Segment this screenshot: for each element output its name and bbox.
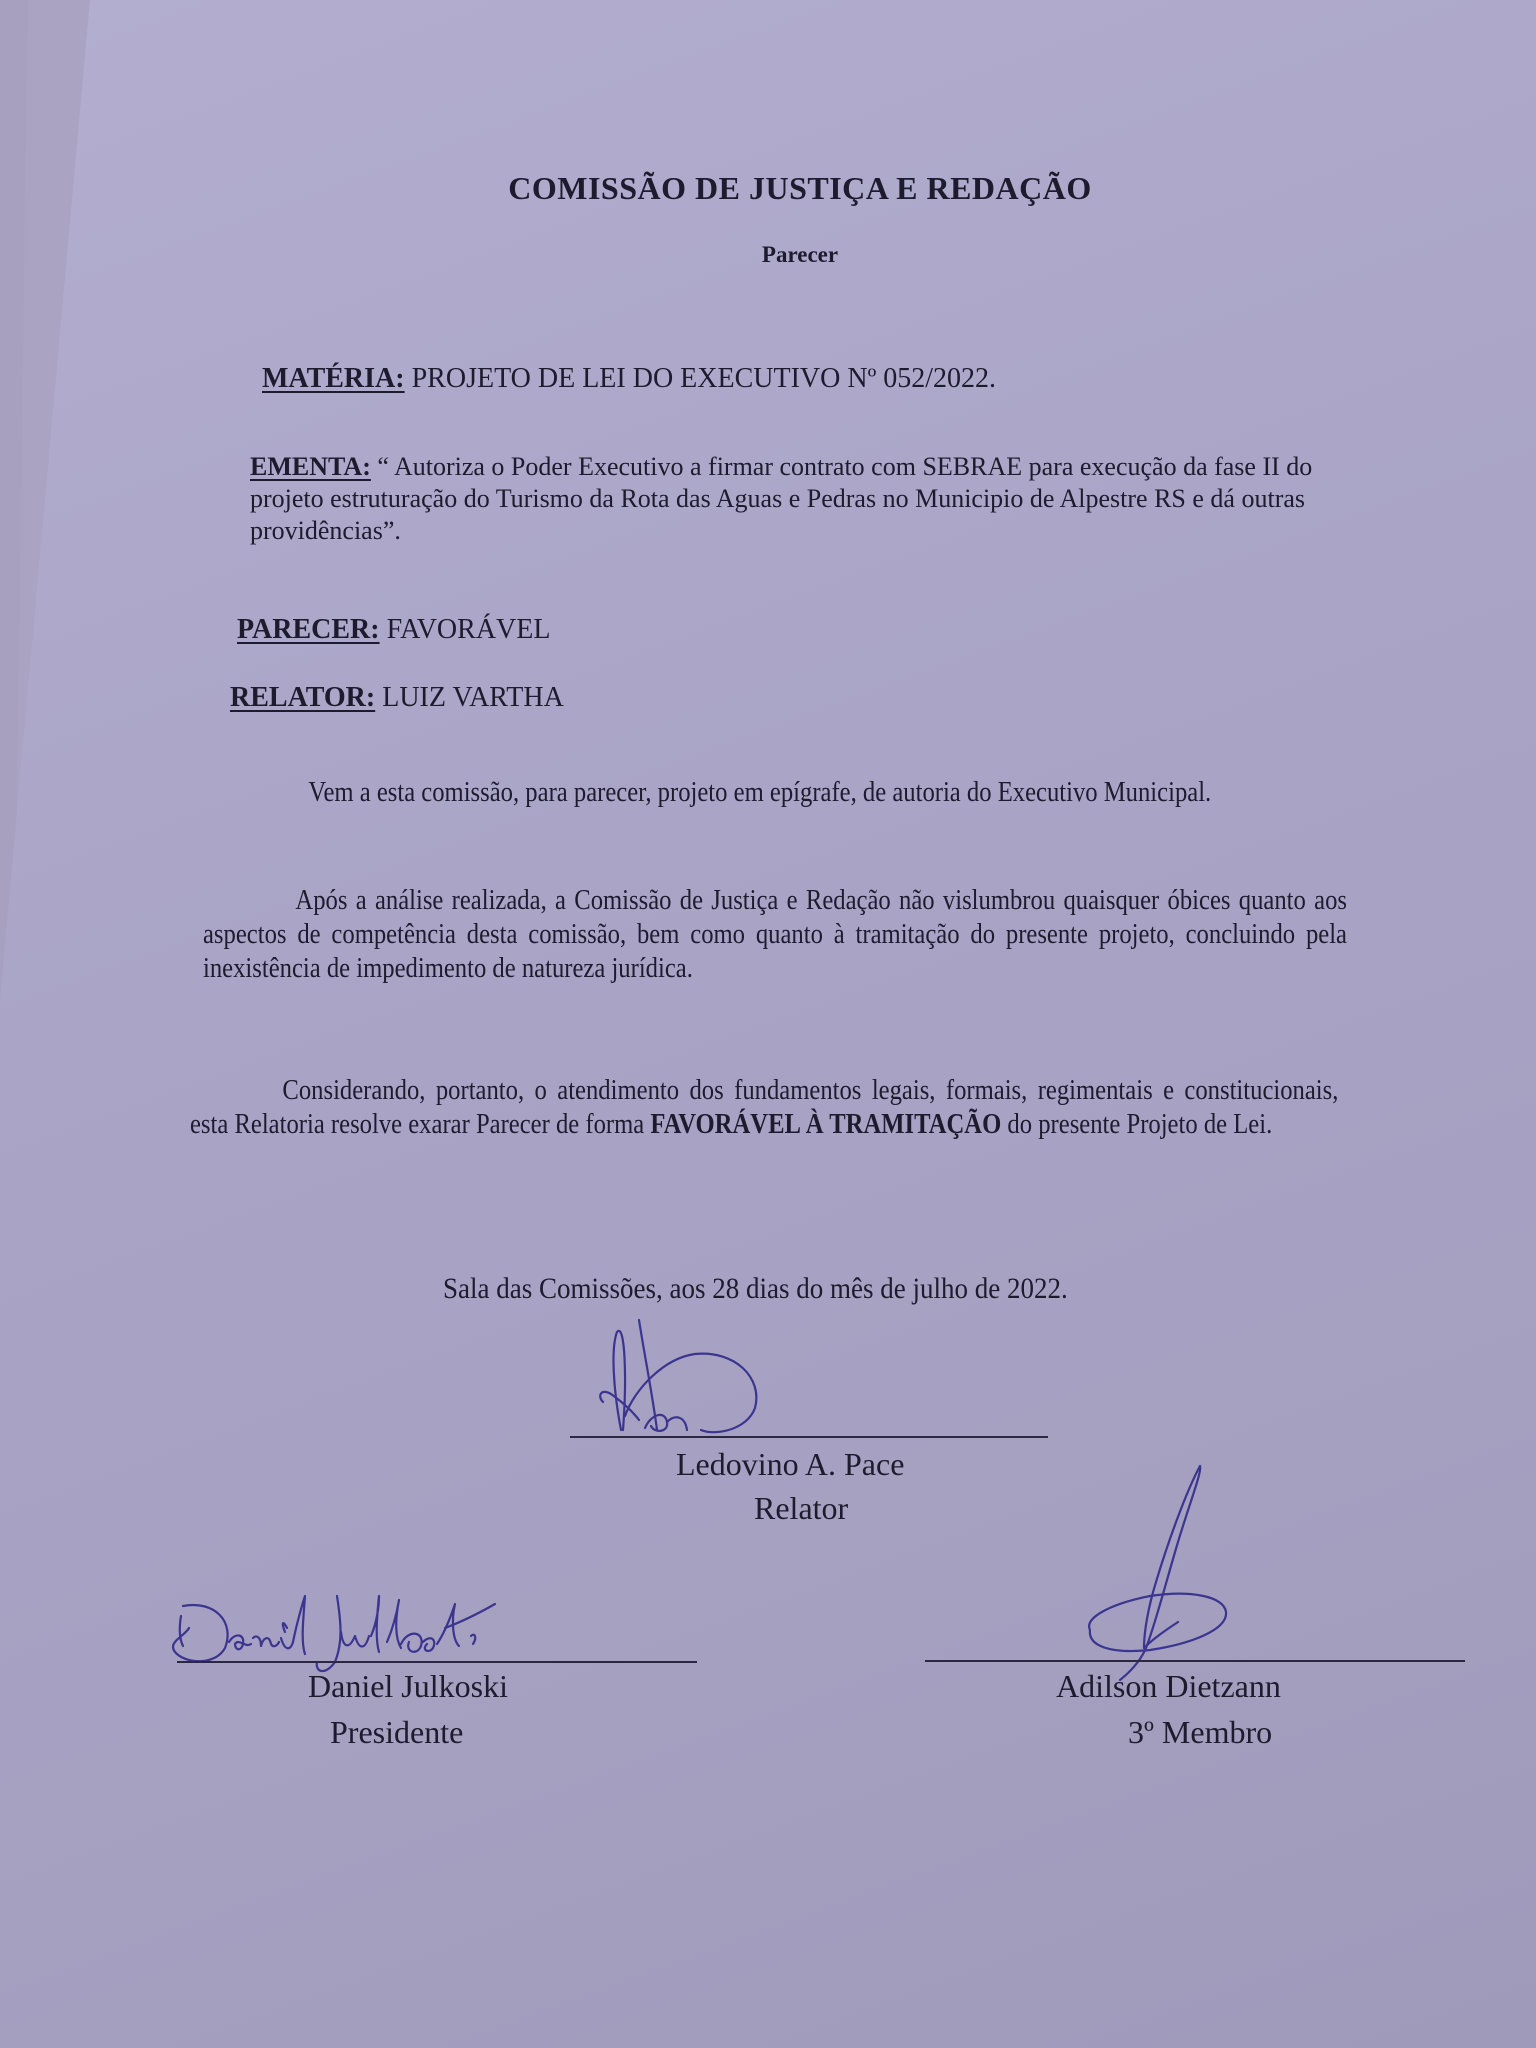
conclusion-text-end: do presente Projeto de Lei. <box>1001 1109 1272 1140</box>
relator-signature-icon <box>595 1318 775 1438</box>
ementa-label: EMENTA: <box>250 452 371 481</box>
relator-signature-line <box>570 1436 1048 1438</box>
document-title: COMISSÃO DE JUSTIÇA E REDAÇÃO <box>0 170 1536 207</box>
presidente-signature-line <box>177 1661 697 1663</box>
relator-field: RELATOR: LUIZ VARTHA <box>230 682 564 714</box>
conclusion-verdict: FAVORÁVEL À TRAMITAÇÃO <box>650 1109 1001 1140</box>
presidente-role: Presidente <box>330 1714 463 1751</box>
materia-value: PROJETO DE LEI DO EXECUTIVO Nº 052/2022. <box>412 363 996 394</box>
paragraph-intro: Vem a esta comissão, para parecer, proje… <box>216 776 1360 810</box>
parecer-label: PARECER: <box>237 614 380 645</box>
relator-label: RELATOR: <box>230 682 375 713</box>
document-subtitle: Parecer <box>0 242 1536 268</box>
parecer-field: PARECER: FAVORÁVEL <box>237 614 550 646</box>
document-page: COMISSÃO DE JUSTIÇA E REDAÇÃO Parecer MA… <box>0 0 1536 2048</box>
membro-signature-line <box>925 1660 1465 1662</box>
ementa-value: “ Autoriza o Poder Executivo a firmar co… <box>250 452 1312 545</box>
relator-value: LUIZ VARTHA <box>382 682 564 713</box>
paragraph-conclusion: Considerando, portanto, o atendimento do… <box>190 1074 1338 1142</box>
membro-name: Adilson Dietzann <box>1056 1668 1281 1705</box>
materia-label: MATÉRIA: <box>262 363 405 394</box>
ementa-field: EMENTA: “ Autoriza o Poder Executivo a f… <box>250 451 1370 547</box>
date-line: Sala das Comissões, aos 28 dias do mês d… <box>443 1272 1068 1306</box>
relator-role: Relator <box>754 1490 848 1527</box>
relator-name: Ledovino A. Pace <box>676 1446 904 1483</box>
paragraph-analysis: Após a análise realizada, a Comissão de … <box>203 884 1347 986</box>
presidente-name: Daniel Julkoski <box>308 1668 508 1705</box>
materia-field: MATÉRIA: PROJETO DE LEI DO EXECUTIVO Nº … <box>262 363 996 395</box>
membro-role: 3º Membro <box>1128 1714 1272 1751</box>
membro-signature-icon <box>1060 1462 1240 1682</box>
parecer-value: FAVORÁVEL <box>387 614 551 645</box>
